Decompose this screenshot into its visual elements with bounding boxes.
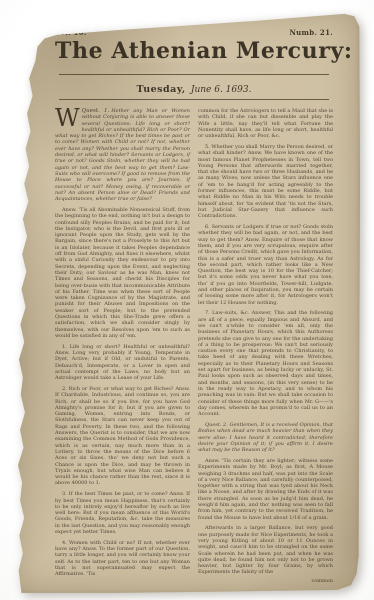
issue-number-label: Numb. 21. (289, 28, 333, 37)
sub-answer-2-paragraph: 2. Rich or Poor, or what way to get Rich… (55, 386, 190, 487)
dateline: Tuesday, June 6. 1693. (59, 74, 329, 100)
answer-1-paragraph: Answ. 'Tis all Abominable Nonsensical St… (55, 207, 190, 339)
date-day: Tuesday, (137, 84, 186, 95)
sub-answer-3-paragraph: 3. If the best Times be past, or to come… (55, 491, 190, 535)
text-columns: Quest. 1.WHether any Man or Women withou… (55, 108, 333, 585)
sub-answer-4-paragraph: 4. Women with Child or no? If not, wheth… (55, 540, 190, 578)
sub-answer-6-paragraph: 6. Servants or Lodgers if true or not? G… (198, 224, 333, 306)
sub-answer-1-paragraph: 1. Life long or short? Healthful or unhe… (55, 344, 190, 382)
volume-label: Vol. 10. (55, 28, 87, 37)
question-2-paragraph: Quest. 2. Gentlemen, It is a received Op… (198, 422, 333, 453)
question-1-paragraph: Quest. 1.WHether any Man or Women withou… (55, 108, 190, 202)
sub-answer-5-paragraph: 5. Whether you shall Marry the Person de… (198, 144, 333, 220)
catchword: common (198, 578, 333, 584)
right-column: common for the Astrologers to tell a Mai… (198, 108, 333, 585)
question-1-label: Quest. 1. (82, 108, 110, 114)
date-rest: June 6. 1693. (191, 85, 252, 95)
continuation-paragraph: common for the Astrologers to tell a Mai… (198, 108, 333, 139)
page-title: The Athenian Mercury: (55, 38, 333, 64)
answer-2-paragraph: Answ. 'Tis certain they are lighter; wit… (198, 458, 333, 521)
sub-answer-7-paragraph: 7. Law-suits, &c. Answer, This and the f… (198, 310, 333, 417)
newspaper-page: Vol. 10. Numb. 21. The Athenian Mercury:… (11, 8, 360, 594)
show-through-texture (115, 64, 273, 72)
experiment-paragraph: Afterwards in a larger Ballance, but ver… (198, 525, 333, 575)
scanned-page-wrapper: Vol. 10. Numb. 21. The Athenian Mercury:… (0, 0, 374, 600)
page-content: Vol. 10. Numb. 21. The Athenian Mercury:… (55, 28, 333, 576)
drop-cap: W (55, 108, 82, 127)
masthead-row: Vol. 10. Numb. 21. (55, 28, 333, 37)
left-column: Quest. 1.WHether any Man or Women withou… (55, 108, 190, 585)
